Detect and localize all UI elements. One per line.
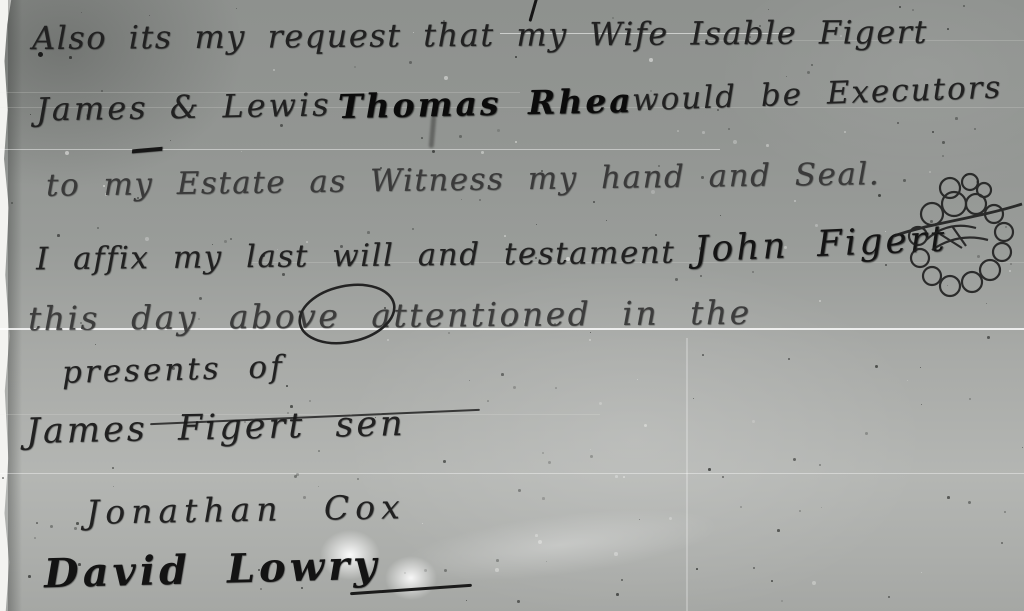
loop-flourish bbox=[293, 280, 403, 352]
body-line-request: Also its my request that my Wife Isable … bbox=[32, 13, 928, 57]
seal-flourish bbox=[892, 162, 1024, 310]
paper-edge-shadow bbox=[8, 0, 22, 611]
body-line-estate: to my Estate as Witness my hand and Seal… bbox=[46, 156, 881, 204]
scanned-will-document: Also its my request that my Wife Isable … bbox=[0, 0, 1024, 611]
light-reflection-haze bbox=[398, 496, 723, 595]
ink-dash-mark: — bbox=[128, 127, 165, 170]
body-line-affix: I affix my last will and testament bbox=[36, 235, 676, 278]
witness-signature: Jonathan Cox bbox=[86, 487, 406, 532]
witness-signature: James Figert sen bbox=[26, 404, 406, 452]
body-line-presents-of: presents of bbox=[62, 349, 285, 391]
body-line-executors-clause: would be Executors bbox=[631, 70, 1002, 119]
scratch-line bbox=[0, 473, 1024, 474]
body-line-executors-names: James & Lewis bbox=[36, 85, 332, 128]
fold-crease bbox=[686, 338, 688, 611]
inserted-name-thomas-rhea: Thomas Rhea bbox=[338, 81, 634, 126]
scratch-line bbox=[0, 149, 720, 150]
witness-signature: David Lowry bbox=[43, 542, 381, 598]
